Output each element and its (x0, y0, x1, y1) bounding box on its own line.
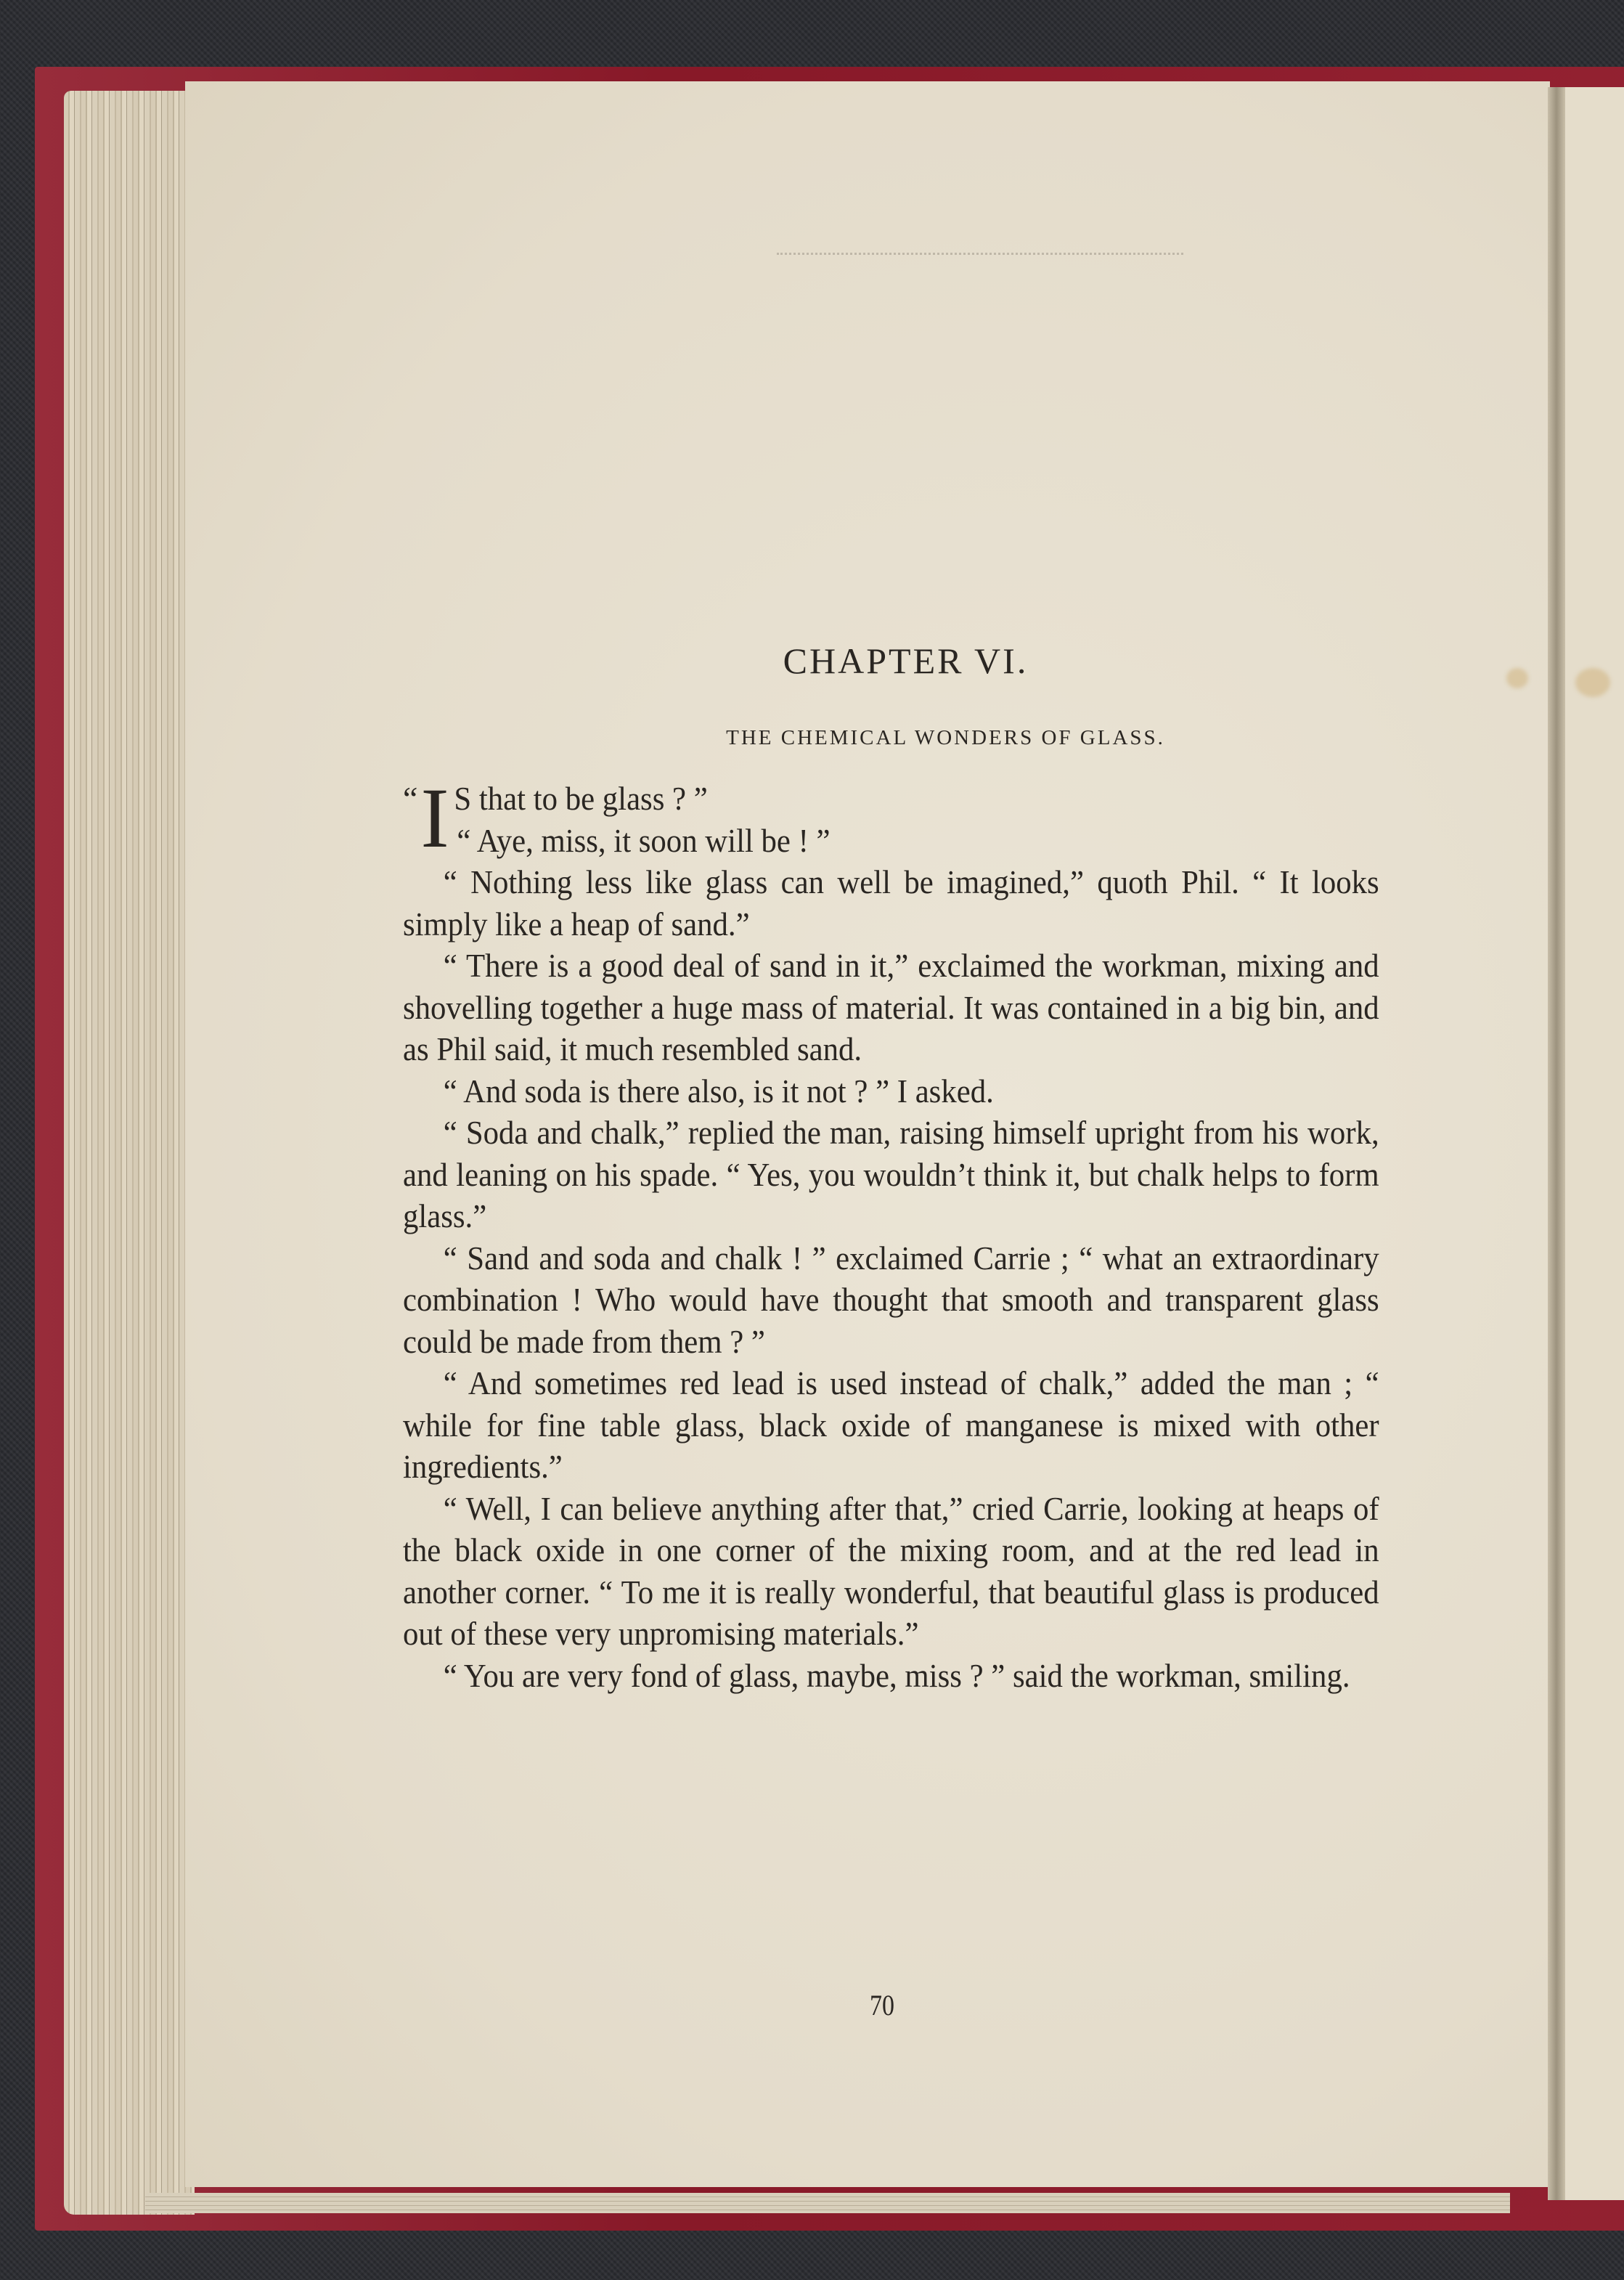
page-stack-edge (64, 91, 195, 2215)
facing-page-edge (1565, 87, 1624, 2200)
paragraph: “ You are very fond of glass, maybe, mis… (403, 1655, 1379, 1697)
paragraph: “ And sometimes red lead is used instead… (403, 1362, 1379, 1488)
paragraph: “ Sand and soda and chalk ! ” exclaimed … (403, 1237, 1379, 1363)
paragraph: “ Soda and chalk,” replied the man, rais… (403, 1112, 1379, 1237)
paragraph: “ And soda is there also, is it not ? ” … (403, 1070, 1379, 1112)
page-text: CHAPTER VI. THE CHEMICAL WONDERS OF GLAS… (403, 639, 1379, 1696)
page-stack-bottom-edge (145, 2193, 1510, 2213)
paper-stain (1575, 668, 1610, 697)
page-number: 70 (870, 1988, 894, 2022)
paragraph: “ Nothing less like glass can well be im… (403, 861, 1379, 945)
chapter-title: CHAPTER VI. (403, 639, 1379, 683)
paragraph: “ Well, I can believe anything after tha… (403, 1488, 1379, 1655)
chapter-subtitle: THE CHEMICAL WONDERS OF GLASS. (403, 726, 1379, 750)
page-gutter (1548, 87, 1565, 2200)
opening-line-2: “ Aye, miss, it soon will be ! ” (403, 820, 1433, 862)
paragraph: “ There is a good deal of sand in it,” e… (403, 945, 1379, 1070)
opening-line-1: S that to be glass ? ” (403, 778, 1379, 820)
paper-stain (1506, 668, 1528, 688)
faint-print-marks (777, 253, 1183, 261)
opening-paragraph: “ I S that to be glass ? ” “ Aye, miss, … (403, 778, 1379, 861)
